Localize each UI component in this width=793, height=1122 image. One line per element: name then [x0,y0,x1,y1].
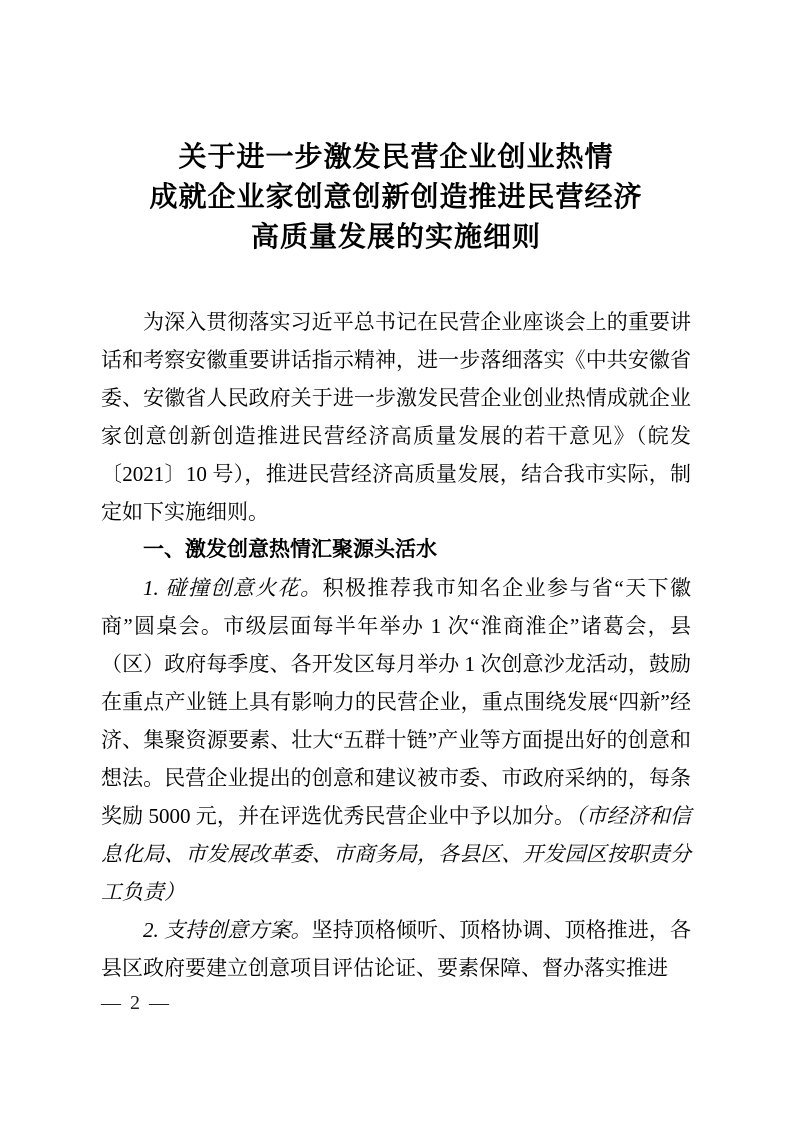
section-1-heading: 一、激发创意热情汇聚源头活水 [101,531,691,569]
document-title-line-3: 高质量发展的实施细则 [101,217,691,257]
document-content: 关于进一步激发民营企业创业热情 成就企业家创意创新创造推进民营经济 高质量发展的… [101,137,691,987]
document-page: 关于进一步激发民营企业创业热情 成就企业家创意创新创造推进民营经济 高质量发展的… [0,0,793,1122]
item-1-paragraph: 1. 碰撞创意火花。积极推荐我市知名企业参与省“天下徽商”圆桌会。市级层面每半年… [101,569,691,911]
item-2-paragraph: 2. 支持创意方案。坚持顶格倾听、顶格协调、顶格推进，各县区政府要建立创意项目评… [101,911,691,987]
item-2-lead: 2. 支持创意方案。 [143,918,312,942]
page-number: — 2 — [101,991,171,1015]
item-1-body: 积极推荐我市知名企业参与省“天下徽商”圆桌会。市级层面每半年举办 1 次“淮商淮… [101,576,691,828]
item-1-lead: 1. 碰撞创意火花。 [143,576,323,600]
document-title-line-1: 关于进一步激发民营企业创业热情 [101,137,691,177]
intro-paragraph: 为深入贯彻落实习近平总书记在民营企业座谈会上的重要讲话和考察安徽重要讲话指示精神… [101,303,691,531]
document-title: 关于进一步激发民营企业创业热情 成就企业家创意创新创造推进民营经济 高质量发展的… [101,137,691,257]
document-title-line-2: 成就企业家创意创新创造推进民营经济 [101,177,691,217]
